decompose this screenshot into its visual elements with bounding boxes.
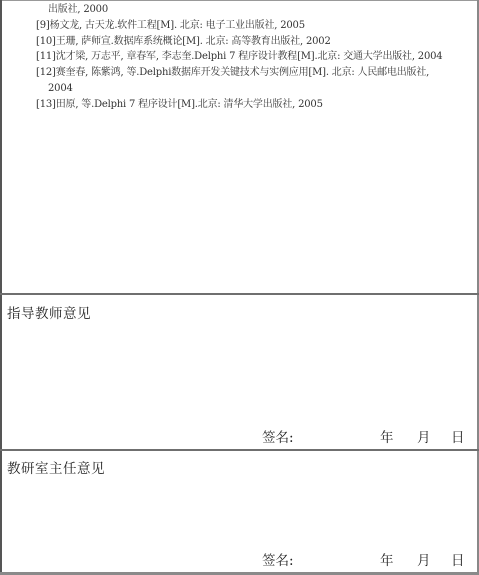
reference-item: [10]王珊, 萨师宣.数据库系统概论[M]. 北京: 高等教育出版社, 200… bbox=[36, 34, 476, 50]
advisor-opinion-title: 指导教师意见 bbox=[7, 302, 91, 322]
form-table: 出版社, 2000 [9]杨文龙, 古天龙.软件工程[M]. 北京: 电子工业出… bbox=[0, 0, 479, 575]
reference-item: [9]杨文龙, 古天龙.软件工程[M]. 北京: 电子工业出版社, 2005 bbox=[36, 18, 476, 34]
director-opinion-title: 教研室主任意见 bbox=[7, 457, 105, 477]
reference-item: 2004 bbox=[36, 81, 476, 97]
signature-label: 签名: bbox=[262, 426, 294, 446]
references-list: 出版社, 2000 [9]杨文龙, 古天龙.软件工程[M]. 北京: 电子工业出… bbox=[36, 2, 476, 113]
reference-item: [12]赛奎春, 陈紫鸿, 等.Delphi数据库开发关键技术与实例应用[M].… bbox=[36, 65, 476, 81]
year-label: 年 bbox=[380, 426, 394, 446]
table-top-border bbox=[0, 0, 479, 1]
day-label: 日 bbox=[451, 426, 465, 446]
row-divider bbox=[0, 293, 479, 295]
day-label: 日 bbox=[451, 549, 465, 569]
row-divider bbox=[0, 449, 479, 451]
reference-item: [11]沈才梁, 万志平, 章春军, 李志奎.Delphi 7 程序设计教程[M… bbox=[36, 49, 476, 65]
signature-label: 签名: bbox=[262, 549, 294, 569]
month-label: 月 bbox=[417, 549, 431, 569]
reference-item: [13]田原, 等.Delphi 7 程序设计[M].北京: 清华大学出版社, … bbox=[36, 97, 476, 113]
table-left-border bbox=[0, 0, 2, 575]
month-label: 月 bbox=[417, 426, 431, 446]
reference-item: 出版社, 2000 bbox=[36, 2, 476, 18]
year-label: 年 bbox=[380, 549, 394, 569]
